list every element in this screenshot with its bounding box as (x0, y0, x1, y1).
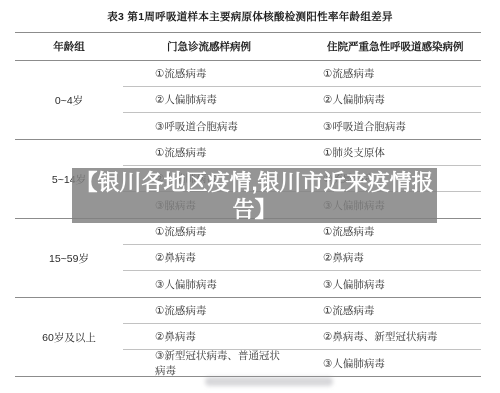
pathogen-subrow: ③人偏肺病毒 ③人偏肺病毒 (123, 271, 481, 297)
pathogen-cell: ②鼻病毒 (123, 250, 290, 265)
pathogen-subrow: ②人偏肺病毒 ②人偏肺病毒 (123, 87, 481, 113)
pathogen-cell: ②人偏肺病毒 (123, 92, 290, 107)
table-header-row: 年龄组 门急诊流感样病例 住院严重急性呼吸道感染病例 (15, 33, 481, 61)
pathogen-cell: ②鼻病毒 (290, 250, 481, 265)
pathogen-cell: ①肺炎支原体 (290, 145, 481, 160)
column-header-hospitalized-sari: 住院严重急性呼吸道感染病例 (290, 39, 481, 54)
pathogen-cell: ①流感病毒 (123, 224, 290, 239)
age-group-label: 60岁及以上 (15, 298, 123, 376)
pathogen-cell: ①流感病毒 (123, 303, 290, 318)
pathogen-cell: ③呼吸道合胞病毒 (290, 119, 481, 134)
pathogen-cell: ③人偏肺病毒 (123, 277, 290, 292)
pathogen-cell: ③人偏肺病毒 (290, 277, 481, 292)
pathogen-cell: ②人偏肺病毒 (290, 92, 481, 107)
age-group-row-15-59: 15~59岁 ①流感病毒 ①流感病毒 ②鼻病毒 ②鼻病毒 ③人偏肺病毒 ③人偏肺… (15, 219, 481, 298)
age-group-row-0-4: 0~4岁 ①流感病毒 ①流感病毒 ②人偏肺病毒 ②人偏肺病毒 ③呼吸道合胞病毒 … (15, 61, 481, 140)
pathogen-cell: ①流感病毒 (123, 66, 290, 81)
pathogen-rows: ①流感病毒 ①流感病毒 ②人偏肺病毒 ②人偏肺病毒 ③呼吸道合胞病毒 ③呼吸道合… (123, 61, 481, 139)
watermark-overlay: 【银川各地区疫情,银川市近来疫情报告】 (72, 168, 437, 223)
pathogen-subrow: ①流感病毒 ①流感病毒 (123, 298, 481, 324)
watermark-text: 【银川各地区疫情,银川市近来疫情报告】 (75, 170, 433, 222)
pathogen-subrow: ③呼吸道合胞病毒 ③呼吸道合胞病毒 (123, 113, 481, 139)
pathogen-cell: ②鼻病毒、新型冠状病毒 (290, 329, 481, 344)
pathogen-subrow: ①流感病毒 ①肺炎支原体 (123, 140, 481, 166)
pathogen-cell: ①流感病毒 (290, 224, 481, 239)
pathogen-cell: ③新型冠状病毒、普通冠状病毒 (123, 348, 290, 378)
age-group-row-60-plus: 60岁及以上 ①流感病毒 ①流感病毒 ②鼻病毒 ②鼻病毒、新型冠状病毒 ③新型冠… (15, 298, 481, 377)
pathogen-cell: ③人偏肺病毒 (290, 356, 481, 371)
pathogen-rows: ①流感病毒 ①流感病毒 ②鼻病毒 ②鼻病毒 ③人偏肺病毒 ③人偏肺病毒 (123, 219, 481, 297)
pathogen-subrow: ②鼻病毒 ②鼻病毒、新型冠状病毒 (123, 324, 481, 350)
pathogen-cell: ①流感病毒 (123, 145, 290, 160)
pathogen-rows: ①流感病毒 ①流感病毒 ②鼻病毒 ②鼻病毒、新型冠状病毒 ③新型冠状病毒、普通冠… (123, 298, 481, 376)
pathogen-cell: ①流感病毒 (290, 66, 481, 81)
table-page: 表3 第1周呼吸道样本主要病原体核酸检测阳性率年龄组差异 年龄组 门急诊流感样病… (0, 0, 500, 393)
age-group-label: 15~59岁 (15, 219, 123, 297)
pathogen-subrow: ①流感病毒 ①流感病毒 (123, 61, 481, 87)
pathogen-cell: ①流感病毒 (290, 303, 481, 318)
age-group-label: 0~4岁 (15, 61, 123, 139)
pathogen-subrow: ②鼻病毒 ②鼻病毒 (123, 245, 481, 271)
bottom-smudge (205, 377, 333, 386)
table-title: 表3 第1周呼吸道样本主要病原体核酸检测阳性率年龄组差异 (0, 9, 500, 24)
column-header-outpatient-ili: 门急诊流感样病例 (123, 39, 290, 54)
column-header-age-group: 年龄组 (15, 39, 123, 54)
pathogen-subrow: ③新型冠状病毒、普通冠状病毒 ③人偏肺病毒 (123, 350, 481, 376)
pathogen-cell: ③呼吸道合胞病毒 (123, 119, 290, 134)
pathogen-cell: ②鼻病毒 (123, 329, 290, 344)
